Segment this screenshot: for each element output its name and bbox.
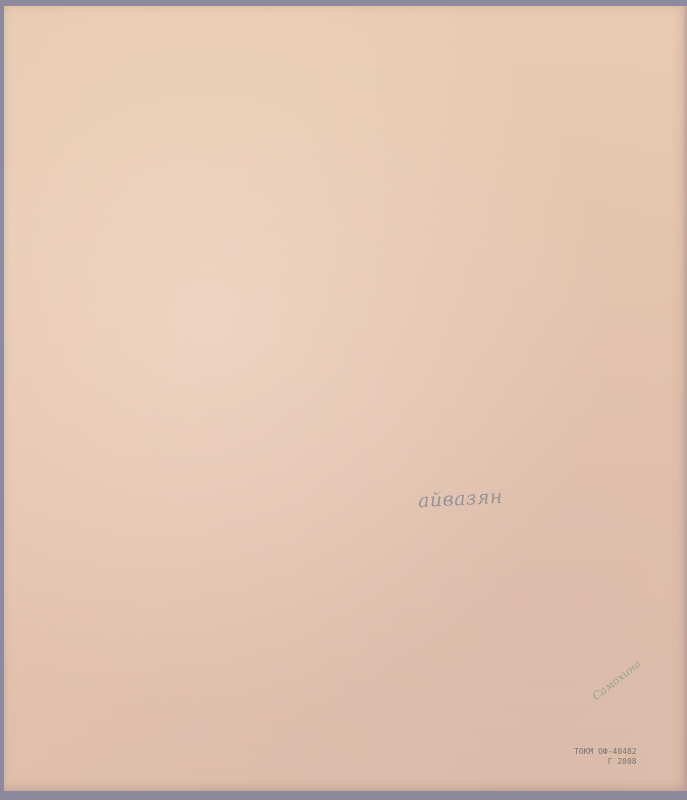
- inventory-number: ТОКМ ОФ-40482 Г 2008: [574, 747, 637, 767]
- paper-edge: [683, 6, 687, 791]
- paper-sheet: [4, 6, 687, 791]
- handwritten-surname: айвазян: [417, 486, 503, 512]
- inventory-number-line1: ТОКМ ОФ-40482: [574, 747, 637, 757]
- inventory-number-line2: Г 2008: [574, 757, 637, 767]
